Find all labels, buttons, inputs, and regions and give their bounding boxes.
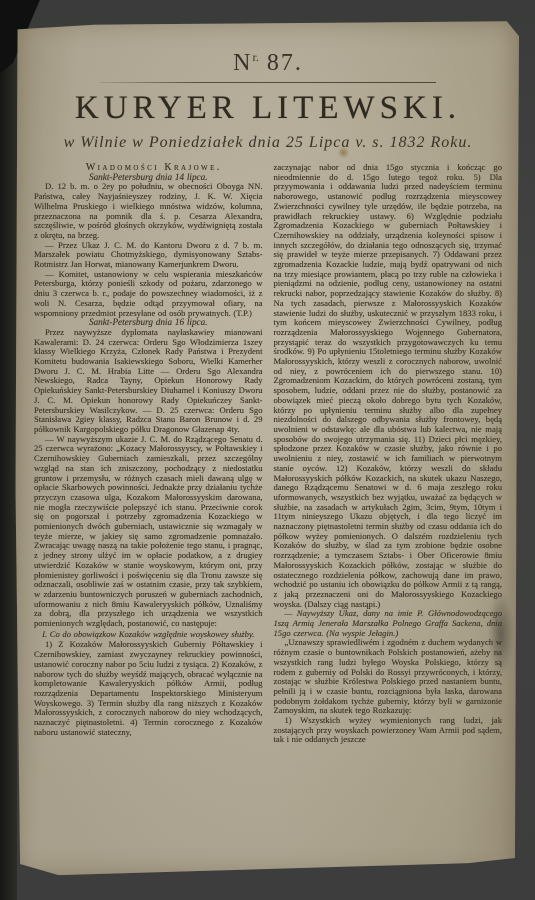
paragraph-monument: D. 12 b. m. o 2ey po południu, w obecnoś…: [34, 182, 263, 240]
newspaper-page: Nr. 87. KURYER LITEWSKI. w Wilnie w Poni…: [13, 20, 519, 876]
right-column: zaczynając nabor od dnia 15go stycznia i…: [274, 163, 503, 853]
paragraph-ukaz-kantor: — Przez Ukaz J. C. M. do Kantoru Dworu z…: [34, 241, 263, 270]
masthead-rule: [100, 82, 437, 83]
binding-edge-shadow: [0, 0, 17, 900]
body-columns: Wiadomości Krajowe. Sankt-Petersburg dni…: [34, 163, 502, 853]
paragraph-komitet: — Komitet, ustanowiony w celu wspierania…: [34, 270, 263, 319]
paragraph-ukaz-sacken: — Naywyższy Ukaz, dany na imie P. Główno…: [274, 609, 503, 638]
paragraph-points-5-12: zaczynając nabor od dnia 15go stycznia i…: [274, 163, 503, 609]
scan-background: Nr. 87. KURYER LITEWSKI. w Wilnie w Poni…: [0, 0, 535, 900]
page-content: Nr. 87. KURYER LITEWSKI. w Wilnie w Poni…: [13, 20, 519, 876]
newspaper-title: KURYER LITEWSKI.: [34, 90, 502, 127]
left-column: Wiadomości Krajowe. Sankt-Petersburg dni…: [34, 163, 263, 853]
paragraph-wszystkich: 1) Wszystkich wyżey wymienionych rang lu…: [274, 716, 503, 745]
issue-number-superscript: r.: [253, 50, 259, 64]
issue-number: Nr. 87.: [34, 50, 502, 77]
paragraph-ukaz-senat: — W naywyższym ukazie J. C. M. do Rządzą…: [34, 435, 263, 629]
paragraph-orders: Przez naywyższe dyplomata nayłaskawiey m…: [34, 328, 263, 435]
issue-number-value: 87.: [267, 50, 303, 76]
paragraph-points-1-4: 1) Z Kozaków Małorossyyskich Guberniy Pó…: [34, 640, 263, 737]
issue-number-prefix: N: [233, 50, 252, 76]
masthead-dateline: w Wilnie w Poniedziałek dnia 25 Lipca v.…: [34, 134, 502, 152]
paragraph-uznawszy: „Uznawszy sprawiedliwém i zgodném z duch…: [274, 638, 503, 716]
